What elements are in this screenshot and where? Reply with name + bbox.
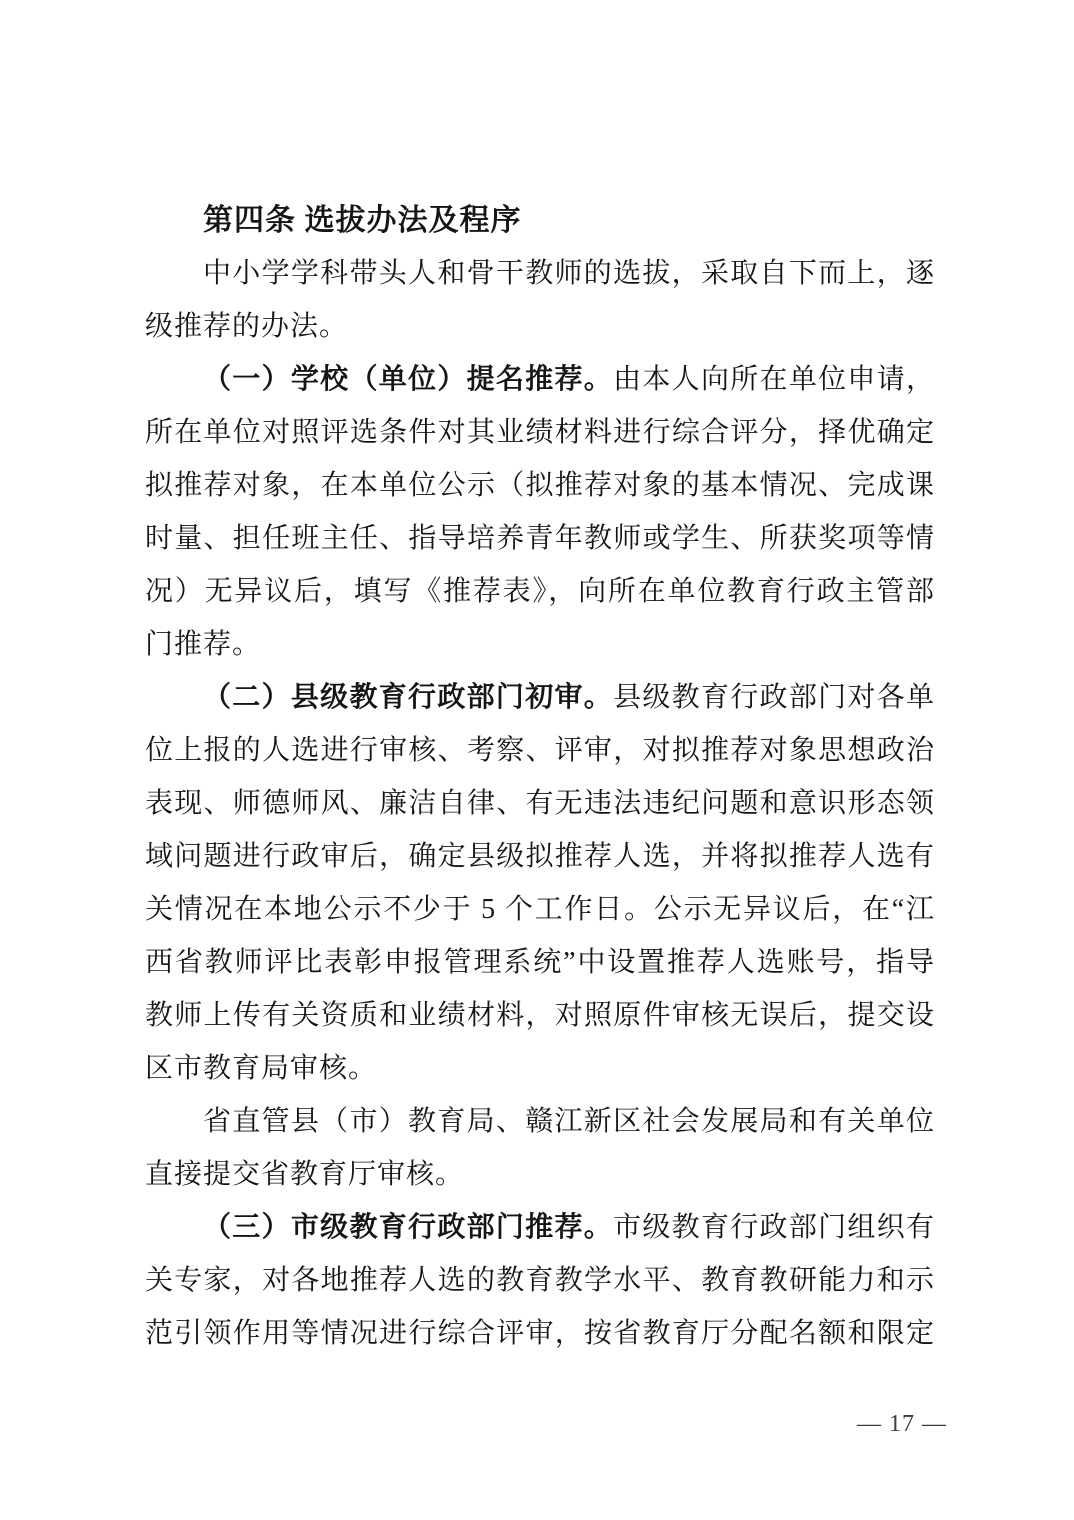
text-line: 中小学学科带头人和骨干教师的选拔，采取自下而上，逐 [145,247,935,300]
text-line: 关专家，对各地推荐人选的教育教学水平、教育教研能力和示 [145,1254,935,1307]
body-text: 关专家，对各地推荐人选的教育教学水平、教育教研能力和示 [145,1265,935,1296]
text-line: 况）无异议后，填写《推荐表》，向所在单位教育行政主管部 [145,565,935,618]
body-text: 由本人向所在单位申请， [613,364,935,395]
text-line: 直接提交省教育厅审核。 [145,1148,935,1201]
body-text: 时量、担任班主任、指导培养青年教师或学生、所获奖项等情 [145,523,935,554]
emphasis-text: （三）市级教育行政部门推荐。 [203,1212,613,1243]
emphasis-text: （一）学校（单位）提名推荐。 [203,364,613,395]
text-line: 位上报的人选进行审核、考察、评审，对拟推荐对象思想政治 [145,724,935,777]
body-text: 位上报的人选进行审核、考察、评审，对拟推荐对象思想政治 [145,735,935,766]
text-line: 范引领作用等情况进行综合评审，按省教育厅分配名额和限定 [145,1307,935,1360]
text-line: 表现、师德师风、廉洁自律、有无违法违纪问题和意识形态领 [145,777,935,830]
intro-paragraph: 中小学学科带头人和骨干教师的选拔，采取自下而上，逐级推荐的办法。 [145,247,935,353]
item-1-school-nomination: （一）学校（单位）提名推荐。由本人向所在单位申请，所在单位对照评选条件对其业绩材… [145,353,935,671]
body-text: 区市教育局审核。 [145,1053,377,1084]
emphasis-text: （二）县级教育行政部门初审。 [203,682,613,713]
body-text: 范引领作用等情况进行综合评审，按省教育厅分配名额和限定 [145,1318,935,1349]
body-text: 况）无异议后，填写《推荐表》，向所在单位教育行政主管部 [145,576,935,607]
item-2-county-initial-review: （二）县级教育行政部门初审。县级教育行政部门对各单位上报的人选进行审核、考察、评… [145,671,935,1095]
body-text: 西省教师评比表彰申报管理系统”中设置推荐人选账号，指导 [145,947,935,978]
body-text: 县级教育行政部门对各单 [613,682,935,713]
body-text: 直接提交省教育厅审核。 [145,1159,464,1190]
direct-submission-note: 省直管县（市）教育局、赣江新区社会发展局和有关单位直接提交省教育厅审核。 [145,1095,935,1201]
body-text: 域问题进行政审后，确定县级拟推荐人选，并将拟推荐人选有 [145,841,935,872]
text-line: 第四条 选拔办法及程序 [145,194,935,247]
body-text: 拟推荐对象，在本单位公示（拟推荐对象的基本情况、完成课 [145,470,935,501]
document-body: 第四条 选拔办法及程序中小学学科带头人和骨干教师的选拔，采取自下而上，逐级推荐的… [145,194,935,1360]
emphasis-text: 第四条 选拔办法及程序 [203,204,522,237]
body-text: 所在单位对照评选条件对其业绩材料进行综合评分，择优确定 [145,417,935,448]
text-line: 区市教育局审核。 [145,1042,935,1095]
document-page: 第四条 选拔办法及程序中小学学科带头人和骨干教师的选拔，采取自下而上，逐级推荐的… [0,0,1074,1520]
text-line: 西省教师评比表彰申报管理系统”中设置推荐人选账号，指导 [145,936,935,989]
text-line: （一）学校（单位）提名推荐。由本人向所在单位申请， [145,353,935,406]
body-text: 教师上传有关资质和业绩材料，对照原件审核无误后，提交设 [145,1000,935,1031]
body-text: 市级教育行政部门组织有 [613,1212,935,1243]
body-text: 省直管县（市）教育局、赣江新区社会发展局和有关单位 [203,1106,935,1137]
page-number: — 17 — [857,1408,947,1440]
text-line: 时量、担任班主任、指导培养青年教师或学生、所获奖项等情 [145,512,935,565]
text-line: （三）市级教育行政部门推荐。市级教育行政部门组织有 [145,1201,935,1254]
text-line: 域问题进行政审后，确定县级拟推荐人选，并将拟推荐人选有 [145,830,935,883]
body-text: 表现、师德师风、廉洁自律、有无违法违纪问题和意识形态领 [145,788,935,819]
item-3-city-recommendation: （三）市级教育行政部门推荐。市级教育行政部门组织有关专家，对各地推荐人选的教育教… [145,1201,935,1360]
text-line: 级推荐的办法。 [145,300,935,353]
body-text: 关情况在本地公示不少于 5 个工作日。公示无异议后，在“江 [145,894,935,925]
text-line: 拟推荐对象，在本单位公示（拟推荐对象的基本情况、完成课 [145,459,935,512]
text-line: 所在单位对照评选条件对其业绩材料进行综合评分，择优确定 [145,406,935,459]
body-text: 门推荐。 [145,629,261,660]
body-text: 级推荐的办法。 [145,311,348,342]
text-line: 省直管县（市）教育局、赣江新区社会发展局和有关单位 [145,1095,935,1148]
article-4-heading: 第四条 选拔办法及程序 [145,194,935,247]
text-line: 门推荐。 [145,618,935,671]
text-line: 关情况在本地公示不少于 5 个工作日。公示无异议后，在“江 [145,883,935,936]
body-text: 中小学学科带头人和骨干教师的选拔，采取自下而上，逐 [203,258,935,289]
text-line: （二）县级教育行政部门初审。县级教育行政部门对各单 [145,671,935,724]
text-line: 教师上传有关资质和业绩材料，对照原件审核无误后，提交设 [145,989,935,1042]
